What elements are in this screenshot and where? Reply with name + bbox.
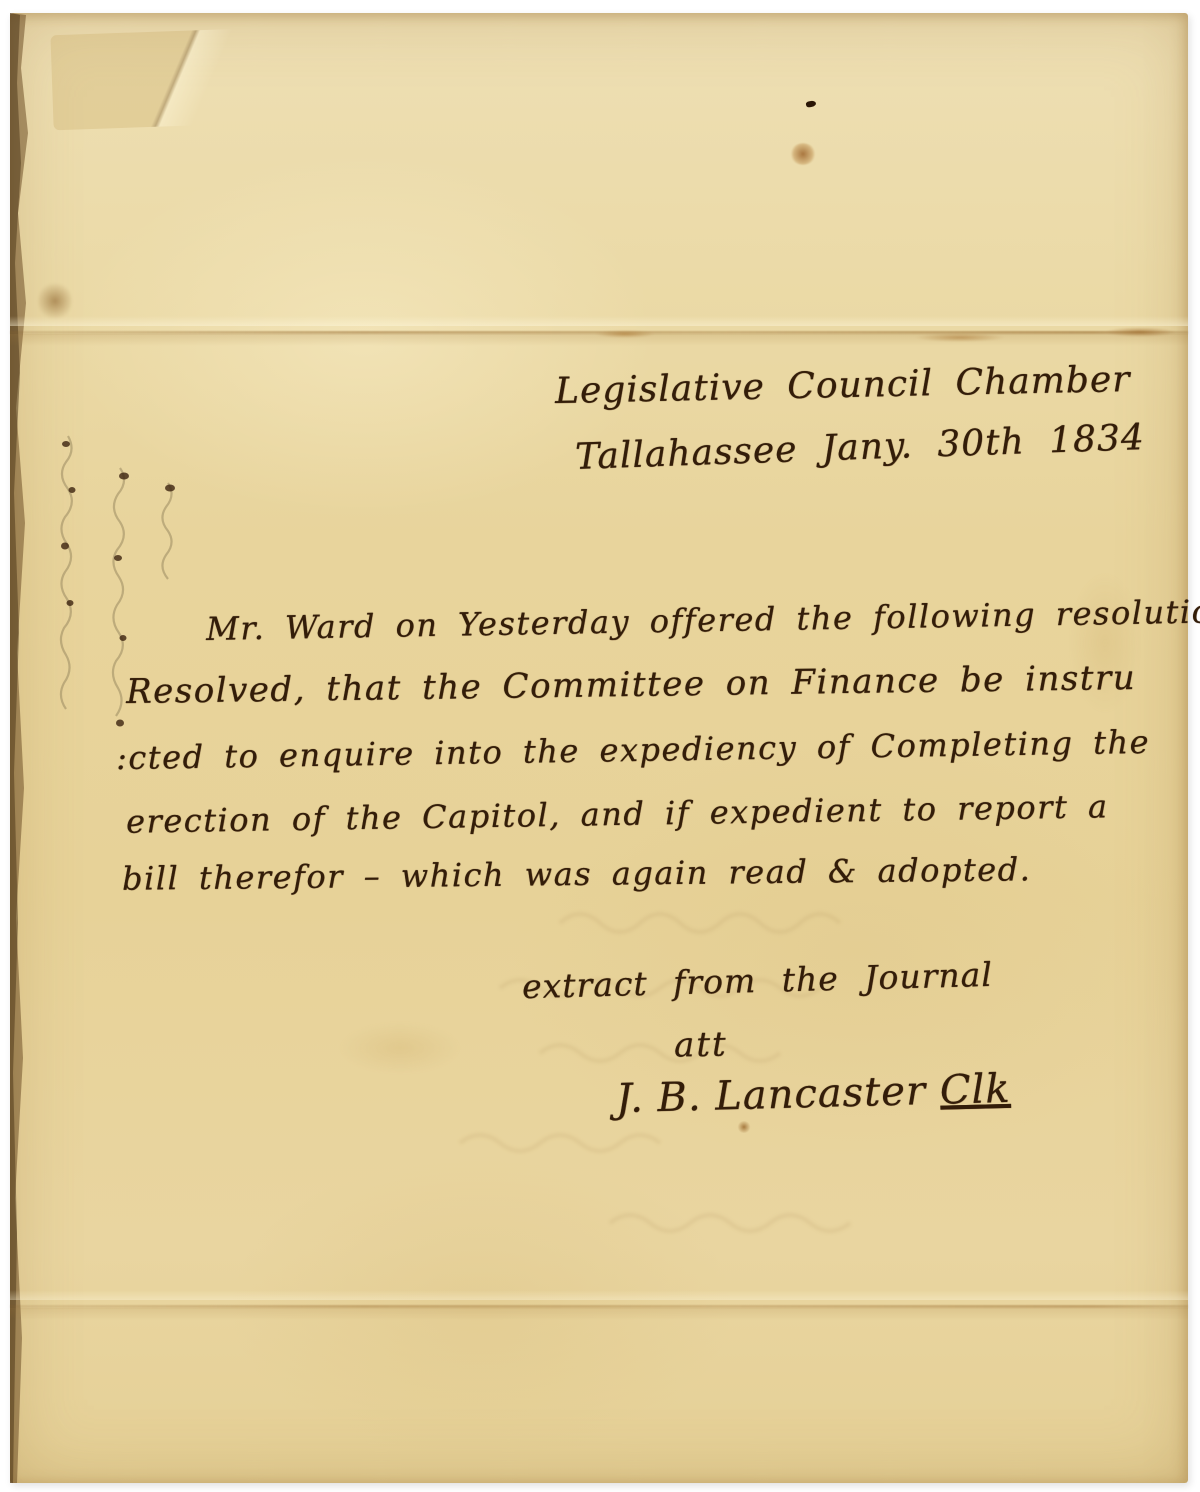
heading-place-line: Legislative Council Chamber — [555, 359, 1131, 412]
foxing-stain — [790, 143, 816, 165]
fold-crease-bottom — [10, 1299, 1188, 1313]
body-line-4: erection of the Capitol, and if expedien… — [126, 787, 1109, 840]
paper-discoloration — [340, 1023, 460, 1073]
deckle-edge-left — [10, 13, 56, 1483]
attest-abbreviation: att — [674, 1025, 728, 1066]
body-line-3: :cted to enquire into the expediency of … — [116, 723, 1151, 777]
signature-title: Clk — [939, 1066, 1011, 1114]
body-line-2: Resolved, that the Committee on Finance … — [126, 658, 1137, 712]
foxing-stain — [737, 1121, 751, 1133]
paper-sheet: Legislative Council Chamber Tallahassee … — [10, 13, 1188, 1483]
heading-date-line: Tallahassee Jany. 30th 1834 — [574, 417, 1145, 478]
clerk-signature: J. B. LancasterClk — [615, 1066, 1011, 1122]
extract-note: extract from the Journal — [522, 955, 994, 1006]
body-line-1: Mr. Ward on Yesterday offered the follow… — [206, 592, 1200, 648]
fold-crease-top — [10, 325, 1188, 339]
fold-stain — [1105, 327, 1175, 337]
fold-stain — [595, 330, 655, 338]
fold-stain — [915, 333, 1005, 342]
ink-speck — [805, 100, 816, 108]
corner-crease — [50, 27, 303, 131]
body-line-5: bill therefor – which was again read & a… — [122, 850, 1032, 898]
signature-name: J. B. Lancaster — [615, 1068, 926, 1122]
